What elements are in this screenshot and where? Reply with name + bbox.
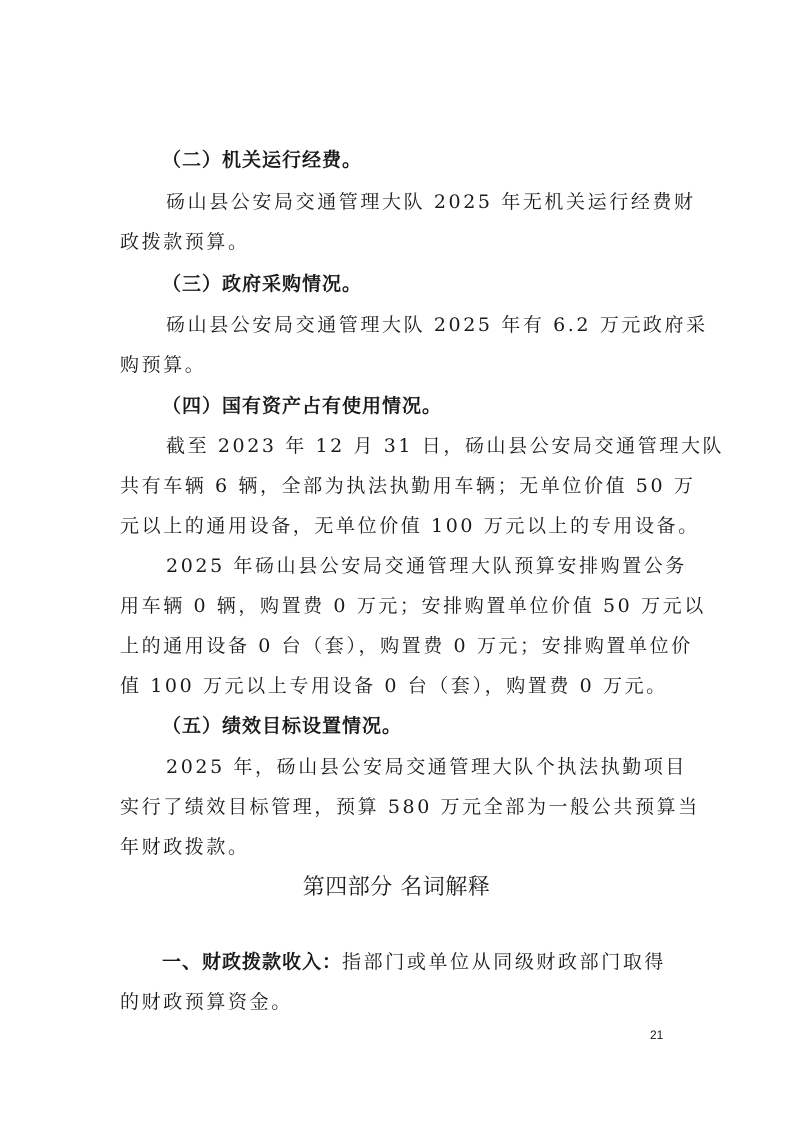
page-number: 21 xyxy=(650,1028,663,1042)
paragraph-line: 共有车辆 6 辆，全部为执法执勤用车辆；无单位价值 50 万 xyxy=(120,474,672,498)
paragraph-line: 元以上的通用设备，无单位价值 100 万元以上的专用设备。 xyxy=(120,514,672,538)
paragraph-line: 上的通用设备 0 台（套），购置费 0 万元；安排购置单位价 xyxy=(120,634,672,658)
document-page: （二）机关运行经费。 砀山县公安局交通管理大队 2025 年无机关运行经费财 政… xyxy=(0,0,793,1122)
paragraph-line: 截至 2023 年 12 月 31 日，砀山县公安局交通管理大队 xyxy=(166,434,672,458)
paragraph-line: 2025 年砀山县公安局交通管理大队预算安排购置公务 xyxy=(166,554,672,578)
paragraph-line: 值 100 万元以上专用设备 0 台（套），购置费 0 万元。 xyxy=(120,674,672,698)
paragraph-line: 用车辆 0 辆，购置费 0 万元；安排购置单位价值 50 万元以 xyxy=(120,594,672,618)
definition-continuation: 的财政预算资金。 xyxy=(120,990,672,1014)
definition-term: 一、财政拨款收入： xyxy=(162,951,342,973)
section-heading-performance-goals: （五）绩效目标设置情况。 xyxy=(162,714,714,738)
section-heading-procurement: （三）政府采购情况。 xyxy=(162,272,714,296)
paragraph-line: 砀山县公安局交通管理大队 2025 年有 6.2 万元政府采 xyxy=(166,313,672,337)
part-title: 第四部分 名词解释 xyxy=(0,870,793,901)
section-heading-operating-costs: （二）机关运行经费。 xyxy=(162,148,714,172)
paragraph-line: 年财政拨款。 xyxy=(120,835,672,859)
paragraph-line: 购预算。 xyxy=(120,353,672,377)
paragraph-line: 砀山县公安局交通管理大队 2025 年无机关运行经费财 xyxy=(166,190,672,214)
paragraph-line: 2025 年，砀山县公安局交通管理大队个执法执勤项目 xyxy=(166,755,672,779)
paragraph-line: 政拨款预算。 xyxy=(120,230,672,254)
section-heading-state-assets: （四）国有资产占有使用情况。 xyxy=(162,394,714,418)
paragraph-line: 实行了绩效目标管理，预算 580 万元全部为一般公共预算当 xyxy=(120,795,672,819)
definition-line: 一、财政拨款收入：指部门或单位从同级财政部门取得 xyxy=(162,950,672,974)
definition-text: 指部门或单位从同级财政部门取得 xyxy=(342,951,666,973)
